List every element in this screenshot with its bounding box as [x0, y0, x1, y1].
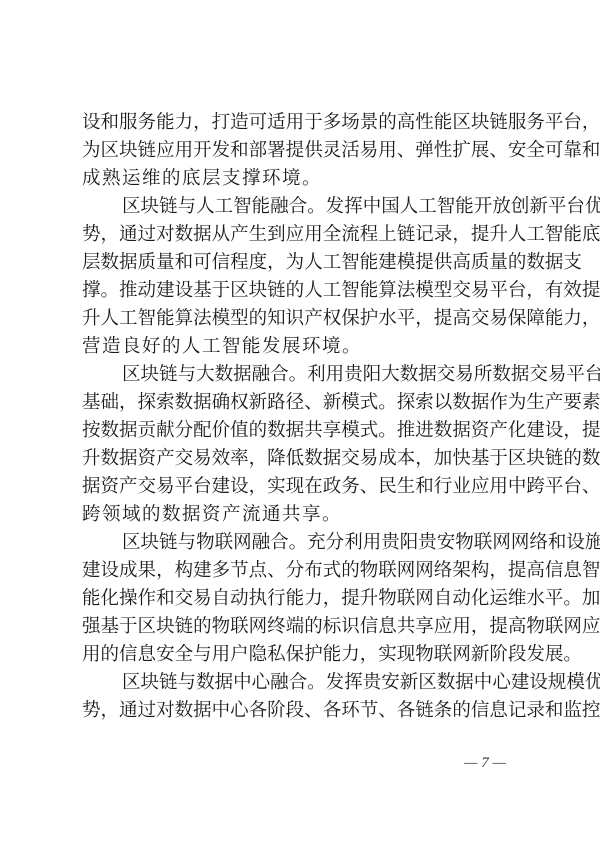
document-body: 设和服务能力，打造可适用于多场景的高性能区块链服务平台， 为区块链应用开发和部署… — [82, 109, 526, 725]
text-line: 设和服务能力，打造可适用于多场景的高性能区块链服务平台， — [82, 109, 526, 137]
text-line: 区块链与物联网融合。充分利用贵阳贵安物联网网络和设施 — [82, 529, 526, 557]
text-line: 成熟运维的底层支撑环境。 — [82, 165, 526, 193]
text-line: 势，通过对数据从产生到应用全流程上链记录，提升人工智能底 — [82, 221, 526, 249]
text-line: 建设成果，构建多节点、分布式的物联网网络架构，提高信息智 — [82, 557, 526, 585]
page-number: — 7 — — [450, 751, 520, 775]
text-line: 区块链与数据中心融合。发挥贵安新区数据中心建设规模优 — [82, 669, 526, 697]
text-line: 区块链与人工智能融合。发挥中国人工智能开放创新平台优 — [82, 193, 526, 221]
paragraph-blockchain-bigdata: 区块链与大数据融合。利用贵阳大数据交易所数据交易平台 基础，探索数据确权新路径、… — [82, 361, 526, 529]
paragraph-blockchain-iot: 区块链与物联网融合。充分利用贵阳贵安物联网网络和设施 建设成果，构建多节点、分布… — [82, 529, 526, 669]
text-line: 跨领域的数据资产流通共享。 — [82, 501, 526, 529]
text-line: 据资产交易平台建设，实现在政务、民生和行业应用中跨平台、 — [82, 473, 526, 501]
text-line: 层数据质量和可信程度，为人工智能建模提供高质量的数据支 — [82, 249, 526, 277]
paragraph-continued-platform: 设和服务能力，打造可适用于多场景的高性能区块链服务平台， 为区块链应用开发和部署… — [82, 109, 526, 193]
text-line: 势，通过对数据中心各阶段、各环节、各链条的信息记录和监控， — [82, 697, 526, 725]
text-line: 能化操作和交易自动执行能力，提升物联网自动化运维水平。加 — [82, 585, 526, 613]
text-line: 强基于区块链的物联网终端的标识信息共享应用，提高物联网应 — [82, 613, 526, 641]
text-line: 营造良好的人工智能发展环境。 — [82, 333, 526, 361]
text-line: 用的信息安全与用户隐私保护能力，实现物联网新阶段发展。 — [82, 641, 526, 669]
text-line: 撑。推动建设基于区块链的人工智能算法模型交易平台，有效提 — [82, 277, 526, 305]
text-line: 升人工智能算法模型的知识产权保护水平，提高交易保障能力， — [82, 305, 526, 333]
text-line: 按数据贡献分配价值的数据共享模式。推进数据资产化建设，提 — [82, 417, 526, 445]
text-line: 为区块链应用开发和部署提供灵活易用、弹性扩展、安全可靠和 — [82, 137, 526, 165]
text-line: 区块链与大数据融合。利用贵阳大数据交易所数据交易平台 — [82, 361, 526, 389]
paragraph-blockchain-datacenter: 区块链与数据中心融合。发挥贵安新区数据中心建设规模优 势，通过对数据中心各阶段、… — [82, 669, 526, 725]
text-line: 基础，探索数据确权新路径、新模式。探索以数据作为生产要素、 — [82, 389, 526, 417]
paragraph-blockchain-ai: 区块链与人工智能融合。发挥中国人工智能开放创新平台优 势，通过对数据从产生到应用… — [82, 193, 526, 361]
text-line: 升数据资产交易效率，降低数据交易成本，加快基于区块链的数 — [82, 445, 526, 473]
